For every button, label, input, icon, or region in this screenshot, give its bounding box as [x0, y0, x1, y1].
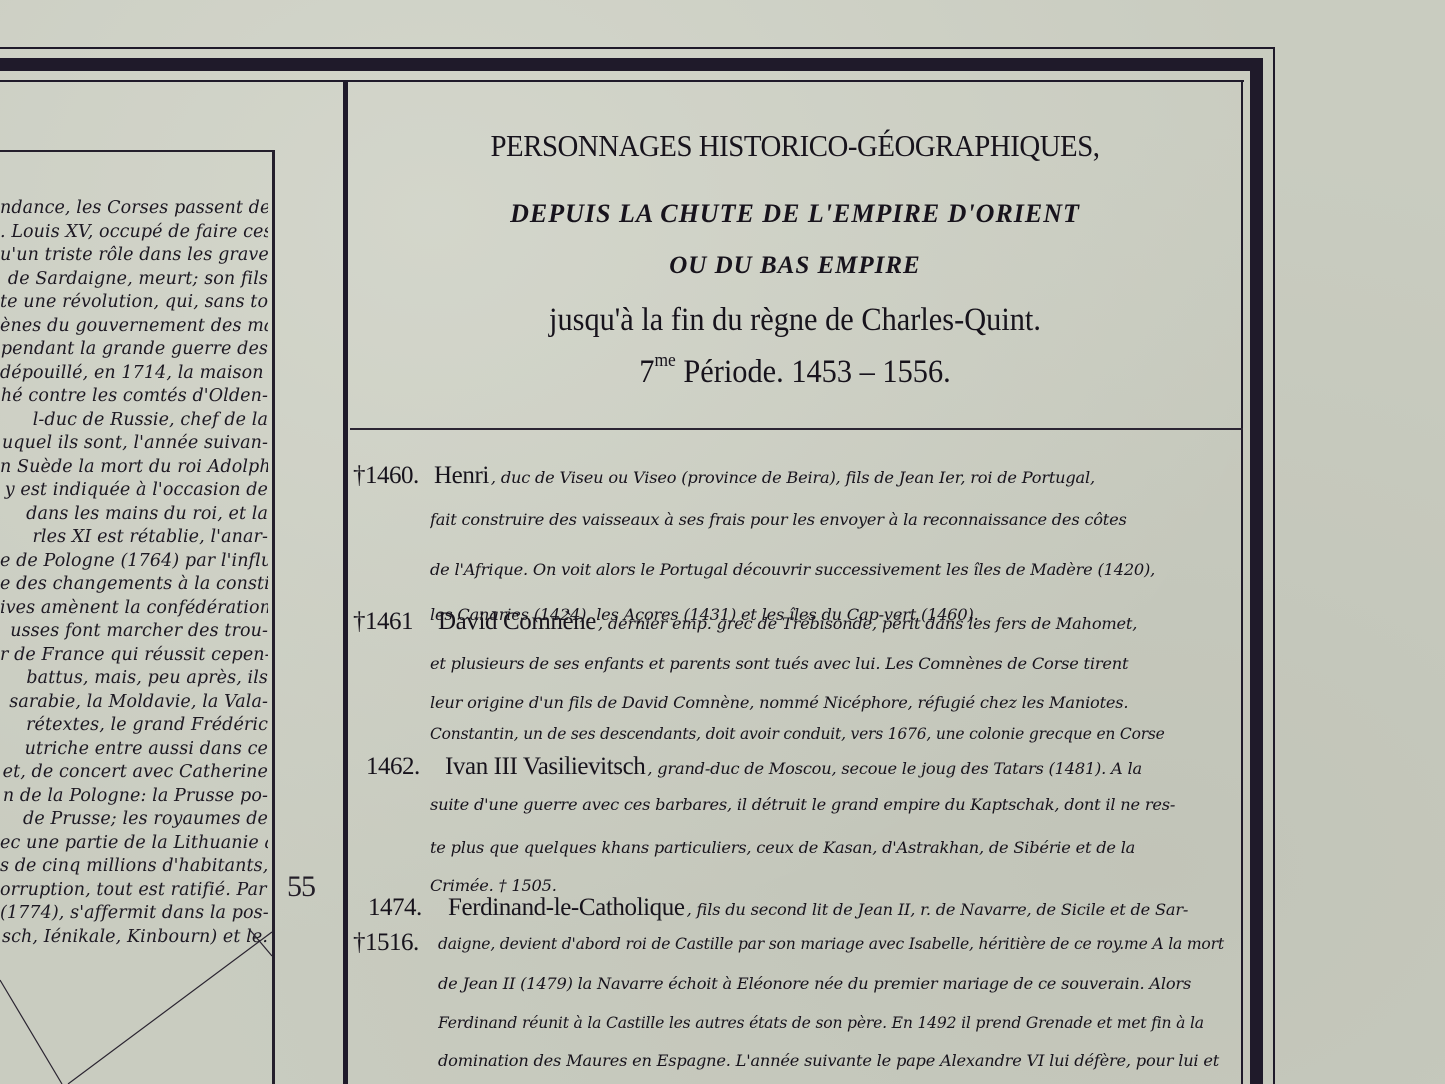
diagonal-rule-lines: [0, 880, 280, 1084]
entry-line: suite d'une guerre avec ces barbares, il…: [430, 795, 1238, 814]
entry-line: daigne, devient d'abord roi de Castille …: [438, 935, 1246, 953]
left-line: n de la Pologne: la Prusse po-: [0, 785, 268, 809]
frame-right-outer-rule: [1273, 47, 1275, 1084]
left-line: y est indiquée à l'occasion de: [0, 479, 268, 503]
entry-text: , grand-duc de Moscou, secoue le joug de…: [647, 759, 1142, 778]
entry-line: Ferdinand réunit à la Castille les autre…: [438, 1014, 1246, 1032]
left-line: l-duc de Russie, chef de la: [0, 409, 268, 433]
left-line: sarabie, la Moldavie, la Vala-: [0, 691, 268, 715]
entry-death-year: †1516.: [353, 929, 419, 957]
title-period: 7me Période. 1453 – 1556.: [386, 354, 1205, 391]
left-line: battus, mais, peu après, ils: [0, 667, 268, 691]
left-line: utriche entre aussi dans ce: [0, 738, 268, 762]
entry-name: Ivan III Vasilievitsch: [445, 753, 645, 780]
frame-right-inner-rule: [1241, 80, 1243, 1084]
entry-line: Constantin, un de ses descendants, doit …: [430, 725, 1238, 743]
left-line: pendant la grande guerre des: [0, 338, 268, 362]
left-line: hé contre les comtés d'Olden-: [0, 385, 268, 409]
left-line: rétextes, le grand Frédéric: [0, 714, 268, 738]
left-line: ènes du gouvernement des mains: [0, 315, 268, 339]
left-line: . Louis XV, occupé de faire ces-: [0, 221, 268, 245]
entry-name: Ferdinand-le-Catholique: [448, 894, 685, 921]
left-line: ives amènent la confédération: [0, 597, 268, 621]
left-line: dans les mains du roi, et la: [0, 503, 268, 527]
entry-line: Henri, duc de Viseu ou Viseo (province d…: [434, 462, 1242, 490]
title-main: PERSONNAGES HISTORICO-GÉOGRAPHIQUES,: [381, 128, 1209, 164]
entry-line: de l'Afrique. On voit alors le Portugal …: [430, 560, 1238, 579]
entry-line: Ferdinand-le-Catholique, fils du second …: [448, 894, 1256, 922]
frame-top-thick-rule: [0, 58, 1263, 71]
entry-line: et plusieurs de ses enfants et parents s…: [430, 654, 1238, 673]
left-line: n Suède la mort du roi Adolphe: [0, 456, 268, 480]
header-divider-rule: [350, 428, 1243, 430]
entry-text: , dernier emp. grec de Trébisonde, périt…: [598, 614, 1137, 633]
left-line: rles XI est rétablie, l'anar-: [0, 526, 268, 550]
period-suffix: me: [654, 350, 675, 371]
entry-line: de Jean II (1479) la Navarre échoit à El…: [438, 974, 1246, 993]
entry-year: 1462.: [366, 753, 420, 781]
title-subtitle-1: DEPUIS LA CHUTE DE L'EMPIRE D'ORIENT: [350, 199, 1240, 229]
entry-name: David Comnène: [438, 608, 596, 635]
entry-line: fait construire des vaisseaux à ses frai…: [430, 510, 1238, 529]
left-line: te une révolution, qui, sans tou-: [0, 291, 268, 315]
entry-line: Ivan III Vasilievitsch, grand-duc de Mos…: [445, 753, 1253, 781]
frame-top-inner-rule: [0, 80, 1244, 82]
left-line: ndance, les Corses passent de: [0, 197, 268, 221]
column-divider-rule: [343, 80, 348, 1084]
entry-line: Crimée. † 1505.: [430, 876, 1238, 895]
left-column-text: ndance, les Corses passent de . Louis XV…: [0, 197, 268, 949]
left-line: uquel ils sont, l'année suivan-: [0, 432, 268, 456]
left-line: de Prusse; les royaumes de: [0, 808, 268, 832]
entry-line: leur origine d'un fils de David Comnène,…: [430, 693, 1238, 712]
entry-line: domination des Maures en Espagne. L'anné…: [438, 1051, 1246, 1070]
period-text: Période. 1453 – 1556.: [683, 354, 950, 390]
entry-line: te plus que quelques khans particuliers,…: [430, 838, 1238, 857]
left-line: ec une partie de la Lithuanie à: [0, 832, 268, 856]
entry-year: †1461: [353, 608, 413, 636]
entry-text: , fils du second lit de Jean II, r. de N…: [687, 900, 1189, 919]
left-line: de Sardaigne, meurt; son fils: [0, 268, 268, 292]
title-subtitle-2: OU DU BAS EMPIRE: [350, 252, 1240, 280]
left-line: e des changements à la constitu-: [0, 573, 268, 597]
entry-line: David Comnène, dernier emp. grec de Tréb…: [438, 608, 1246, 636]
frame-right-thick-rule: [1250, 58, 1263, 1084]
entry-year: †1460.: [353, 462, 419, 490]
title-subtitle-3: jusqu'à la fin du règne de Charles-Quint…: [386, 302, 1205, 339]
left-line: e de Pologne (1764) par l'influ-: [0, 550, 268, 574]
left-column-top-rule: [0, 150, 275, 152]
entry-year: 1474.: [368, 894, 422, 922]
period-number: 7: [639, 354, 654, 390]
left-line: r de France qui réussit cepen-: [0, 644, 268, 668]
left-line: u'un triste rôle dans les graves: [0, 244, 268, 268]
page-number: 55: [287, 870, 315, 904]
left-line: dépouillé, en 1714, la maison de: [0, 362, 268, 386]
left-line: s de cinq millions d'habitants,: [0, 855, 268, 879]
entry-text: , duc de Viseu ou Viseo (province de Bei…: [491, 468, 1095, 487]
frame-top-outer-rule: [0, 47, 1274, 49]
entry-name: Henri: [434, 462, 489, 489]
left-line: et, de concert avec Catherine: [0, 761, 268, 785]
left-line: usses font marcher des trou-: [0, 620, 268, 644]
